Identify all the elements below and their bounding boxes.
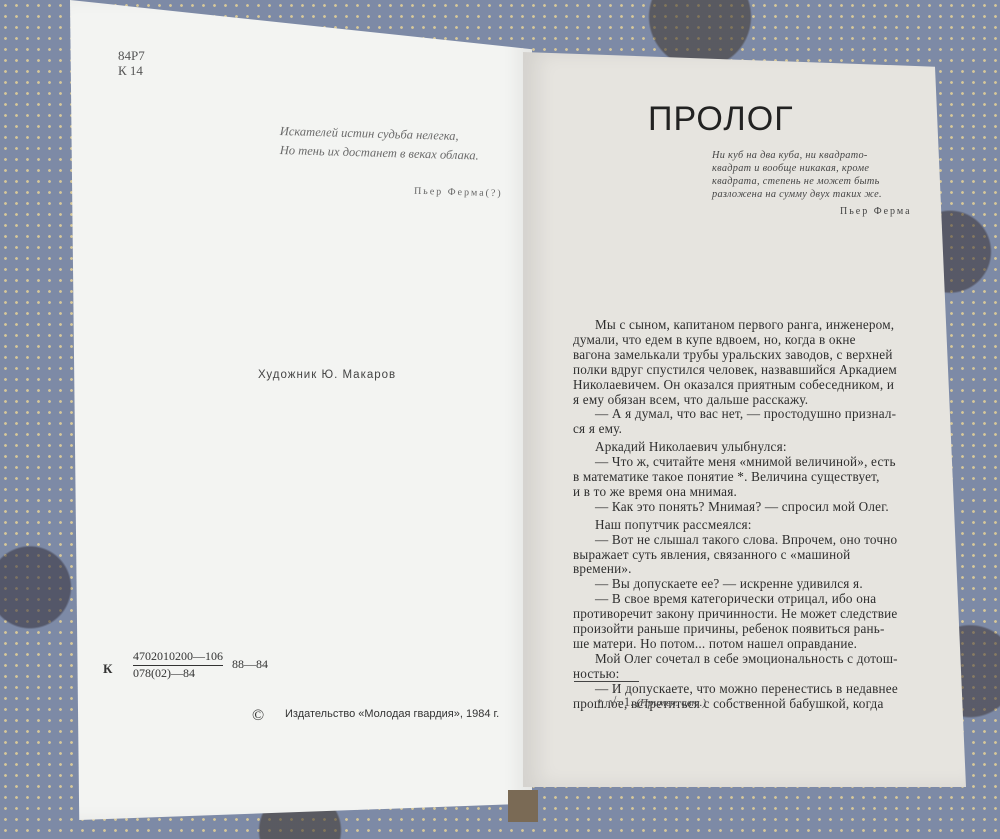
catalog-fraction: 4702010200—106 078(02)—84	[133, 649, 223, 681]
classification-code-1: 84Р7	[118, 48, 145, 64]
body-line: Мы с сыном, капитаном первого ранга, инж…	[595, 317, 894, 333]
body-line: Николаевичем. Он оказался приятным собес…	[573, 377, 894, 393]
body-line: я ему обязан всем, что дальше расскажу.	[573, 392, 808, 408]
body-line: времени».	[573, 561, 632, 577]
catalog-suffix: 88—84	[232, 657, 268, 672]
right-epigraph-line-3: квадрата, степень не может быть	[712, 176, 880, 187]
body-line: — Как это понять? Мнимая? — спросил мой …	[595, 499, 889, 515]
right-epigraph-line-1: Ни куб на два куба, ни квадрато-	[712, 150, 868, 161]
body-line: — Что ж, считайте меня «мнимой величиной…	[595, 454, 896, 470]
footnote-note: (Примеч. авт.)	[636, 697, 706, 709]
body-line: — А я думал, что вас нет, — простодушно …	[595, 406, 896, 422]
body-line: полки вдруг спустился человек, назвавший…	[573, 362, 897, 378]
chapter-title: ПРОЛОГ	[648, 100, 794, 139]
classification-code-2: К 14	[118, 63, 143, 79]
body-line: — Вы допускаете ее? — искренне удивился …	[595, 576, 863, 592]
publisher-line: Издательство «Молодая гвардия», 1984 г.	[285, 708, 499, 720]
body-line: ше матери. Но потом... потом нашел оправ…	[573, 636, 857, 652]
right-epigraph-line-2: квадрат и вообще никакая, кроме	[712, 163, 869, 174]
footnote-formula: √−1.	[609, 694, 633, 709]
copyright-icon: ©	[252, 707, 264, 725]
catalog-denominator: 078(02)—84	[133, 666, 223, 681]
body-line: в математике такое понятие *. Величина с…	[573, 469, 880, 485]
body-line: Наш попутчик рассмеялся:	[595, 517, 752, 533]
body-line: — Вот не слышал такого слова. Впрочем, о…	[595, 532, 897, 548]
catalog-prefix: К	[103, 661, 112, 677]
body-line: противоречит закону причинности. Не може…	[573, 606, 897, 622]
footnote-rule	[574, 681, 639, 682]
catalog-numerator: 4702010200—106	[133, 649, 223, 666]
footnote: * √−1. (Примеч. авт.)	[597, 694, 706, 710]
body-line: ся я ему.	[573, 421, 622, 437]
book-spine-edge	[508, 790, 538, 822]
body-line: произойти раньше причины, ребенок появит…	[573, 621, 885, 637]
body-line: Мой Олег сочетал в себе эмоциональность …	[595, 651, 898, 667]
left-page	[70, 0, 532, 820]
body-line: и в то же время она мнимая.	[573, 484, 737, 500]
body-line: вагона замелькали трубы уральских заводо…	[573, 347, 893, 363]
right-epigraph-attribution: Пьер Ферма	[840, 206, 912, 217]
artist-credit: Художник Ю. Макаров	[258, 369, 396, 381]
right-epigraph-line-4: разложена на сумму двух таких же.	[712, 189, 882, 200]
body-line: Аркадий Николаевич улыбнулся:	[595, 439, 787, 455]
footnote-marker: *	[597, 697, 603, 709]
body-line: думали, что едем в купе вдвоем, но, когд…	[573, 332, 856, 348]
body-line: — В свое время категорически отрицал, иб…	[595, 591, 876, 607]
body-line: ностью:	[573, 666, 620, 682]
body-line: выражает суть явления, связанного с «маш…	[573, 547, 850, 563]
